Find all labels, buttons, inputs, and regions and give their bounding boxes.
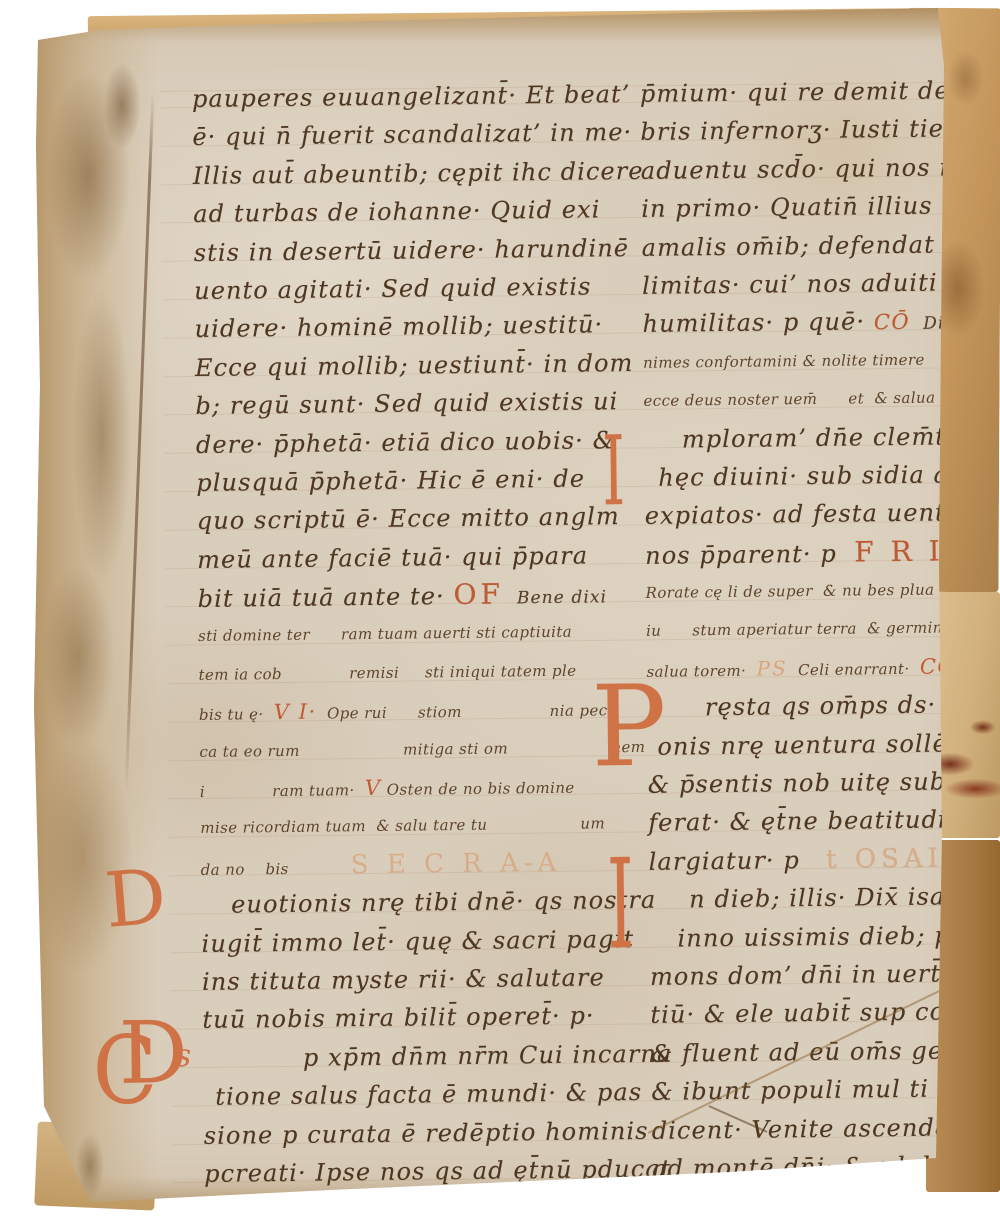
rubric-text-run: OF (453, 578, 504, 612)
text-line: plusquā p̄phetā· Hic ē eni· de (196, 459, 642, 502)
text-line: b; regū sunt· Sed quid existis ui (195, 382, 641, 425)
text-run: uento agitati· Sed quid existis (194, 272, 592, 305)
initial-deus-monogram: C D s (88, 1010, 209, 1131)
text-run: Osten de no bis domine (381, 779, 574, 799)
text-run: iu stum aperiatur terra & germine (646, 619, 952, 640)
text-run: ecce deus noster uem̄ et & salua bit (643, 388, 962, 410)
text-line: sti domine ter ram tuam auerti sti capti… (198, 612, 644, 655)
text-line: stis in desertū uidere· harundinē (194, 228, 640, 271)
text-line: Illis aut̄ abeuntib; cępit ihc dicere (193, 152, 639, 195)
text-line: meū ante faciē tuā· qui p̄para (197, 536, 643, 579)
rubric-text-run: PS (756, 656, 787, 680)
text-line: ad turbas de iohanne· Quid exi (193, 190, 639, 233)
text-run: b; regū sunt· Sed quid existis ui (195, 387, 618, 420)
text-line: pcreati· Ipse nos qs ad ęt̄nū pducat (204, 1150, 650, 1193)
text-run: ad montē dn̄i· & ad dom (652, 1151, 971, 1183)
text-line: ca ta eo rum mitiga sti om nem (199, 728, 645, 771)
text-run: mons dom’ dn̄i in uert̄ce (650, 959, 971, 991)
text-run: sione p curata ē redēptio hominis (204, 1116, 649, 1149)
text-run: ca ta eo rum mitiga sti om nem (199, 738, 645, 761)
text-line: uidere· hominē mollib; uestitū· (194, 305, 640, 348)
text-run: expiatos· ad festa uentura (645, 498, 991, 530)
text-run: ē· qui n̄ fuerit scandalizat’ in me· (192, 118, 632, 151)
text-run: largiatur· p (649, 846, 827, 876)
text-run: amalis om̄ib; defendat sub (642, 229, 991, 261)
text-line: ins tituta myste rii· & salutare (202, 958, 648, 1001)
text-run: humilitas· p quē· (642, 308, 874, 339)
text-run: tem ia cob remisi sti iniqui tatem ple (198, 662, 576, 684)
text-run: iugit̄ immo let̄· quę & sacri pagit (201, 925, 634, 958)
text-run: Illis aut̄ abeuntib; cępit ihc dicere (193, 157, 644, 190)
rubric-text-run: S E C R A-A (351, 848, 562, 880)
text-run: Bene dixi (504, 587, 607, 608)
text-run: dere· p̄phetā· etiā dico uobis· & (196, 426, 615, 459)
text-run: mise ricordiam tuam & salu tare tu um (200, 815, 605, 838)
left-text-column: pauperes euuangelizant̄· Et beat’ē· qui … (192, 75, 651, 1193)
text-area: pauperes euuangelizant̄· Et beat’ē· qui … (160, 71, 1000, 1210)
text-run: tione salus facta ē mundi· & pas (215, 1078, 642, 1111)
text-line: tem ia cob remisi sti iniqui tatem ple (198, 651, 644, 694)
text-line: mise ricordiam tuam & salu tare tu um (200, 804, 646, 847)
initial-imploramus-i: I (602, 423, 626, 519)
text-run: Rorate cę li de super & nu bes plua (646, 581, 935, 602)
text-line: sione p curata ē redēptio hominis (204, 1111, 650, 1154)
text-run: Celi enarrant· (788, 660, 920, 679)
text-line: uento agitati· Sed quid existis (194, 267, 640, 310)
text-line: dere· p̄phetā· etiā dico uobis· & (196, 420, 642, 463)
text-run: nimes confortamini & nolite timere (643, 350, 925, 371)
rubric-text-run: CŌ (874, 310, 911, 334)
text-line: bit uiā tuā ante te· OF Bene dixi (197, 574, 643, 617)
text-run: pauperes euuangelizant̄· Et beat’ (192, 80, 631, 113)
text-line: da no bis S E C R A-A (200, 843, 646, 886)
text-run: plusquā p̄phetā· Hic ē eni· de (196, 464, 585, 496)
rubric-text-run: V I· (274, 700, 317, 724)
text-run: euotionis nrę tibi dnē· qs nostra (231, 886, 657, 919)
text-line: bis tu ę· V I· Ope rui stiom nia pec (199, 689, 645, 732)
text-run: quo scriptū ē· Ecce mitto anglm (197, 502, 620, 535)
text-run: i ram tuam· (200, 781, 365, 801)
text-line: ē· qui n̄ fuerit scandalizat’ in me· (192, 113, 638, 156)
text-run: da no bis (201, 859, 351, 879)
text-run: ferat· & ęt̄ne beatitudinis (648, 805, 986, 837)
text-run: pcreati· Ipse nos qs ad ęt̄nū pducat (204, 1155, 672, 1188)
text-run: nos p̄parent· p (645, 539, 854, 569)
text-line: tuū nobis mira bilit̄ operet̄· p· (202, 996, 648, 1039)
text-run: in primo· Quatin̄ illius nos (641, 191, 987, 223)
text-run: bis tu ę· (199, 705, 274, 724)
manuscript-leaf: pauperes euuangelizant̄· Et beat’ē· qui … (30, 6, 998, 1206)
rubric-text-run: V (365, 776, 382, 800)
text-line: pauperes euuangelizant̄· Et beat’ (192, 75, 638, 118)
text-line: p xp̄m dn̄m nr̄m Cui incarna (203, 1035, 649, 1078)
text-line: iugit̄ immo let̄· quę & sacri pagit (201, 919, 647, 962)
text-line: tione salus facta ē mundi· & pas (203, 1073, 649, 1116)
text-run: sti domine ter ram tuam auerti sti capti… (198, 623, 572, 645)
text-run: p xp̄m dn̄m nr̄m Cui incarna (303, 1039, 673, 1071)
text-line: i ram tuam· V Osten de no bis domine (200, 766, 646, 809)
initial-in-diebus-i: I (606, 843, 634, 967)
initial-devotionis-d: D (102, 858, 169, 939)
text-run: bit uiā tuā ante te· (198, 582, 454, 613)
text-run: meū ante faciē tuā· qui p̄para (197, 541, 588, 573)
monogram-small-s: s (175, 1036, 192, 1074)
text-run: dicent· Venite ascenda (652, 1113, 951, 1144)
text-run: Ecce qui mollib; uestiunt̄· in dom (195, 349, 634, 382)
initial-presta-p: P (591, 671, 668, 784)
text-run: ad turbas de iohanne· Quid exi (193, 196, 600, 229)
text-run: uidere· hominē mollib; uestitū· (194, 311, 603, 344)
text-run: & ibunt populi mul ti & (651, 1074, 960, 1106)
text-line: quo scriptū ē· Ecce mitto anglm (197, 497, 643, 540)
text-run: ins tituta myste rii· & salutare (202, 963, 605, 996)
text-run: tuū nobis mira bilit̄ operet̄· p· (202, 1002, 595, 1034)
manuscript-photo: pauperes euuangelizant̄· Et beat’ē· qui … (0, 0, 1000, 1222)
text-run: Ope rui stiom nia pec (317, 702, 608, 723)
text-line: euotionis nrę tibi dnē· qs nostra (201, 881, 647, 924)
text-run: stis in desertū uidere· harundinē (194, 234, 630, 267)
text-line: Ecce qui mollib; uestiunt̄· in dom (195, 344, 641, 387)
